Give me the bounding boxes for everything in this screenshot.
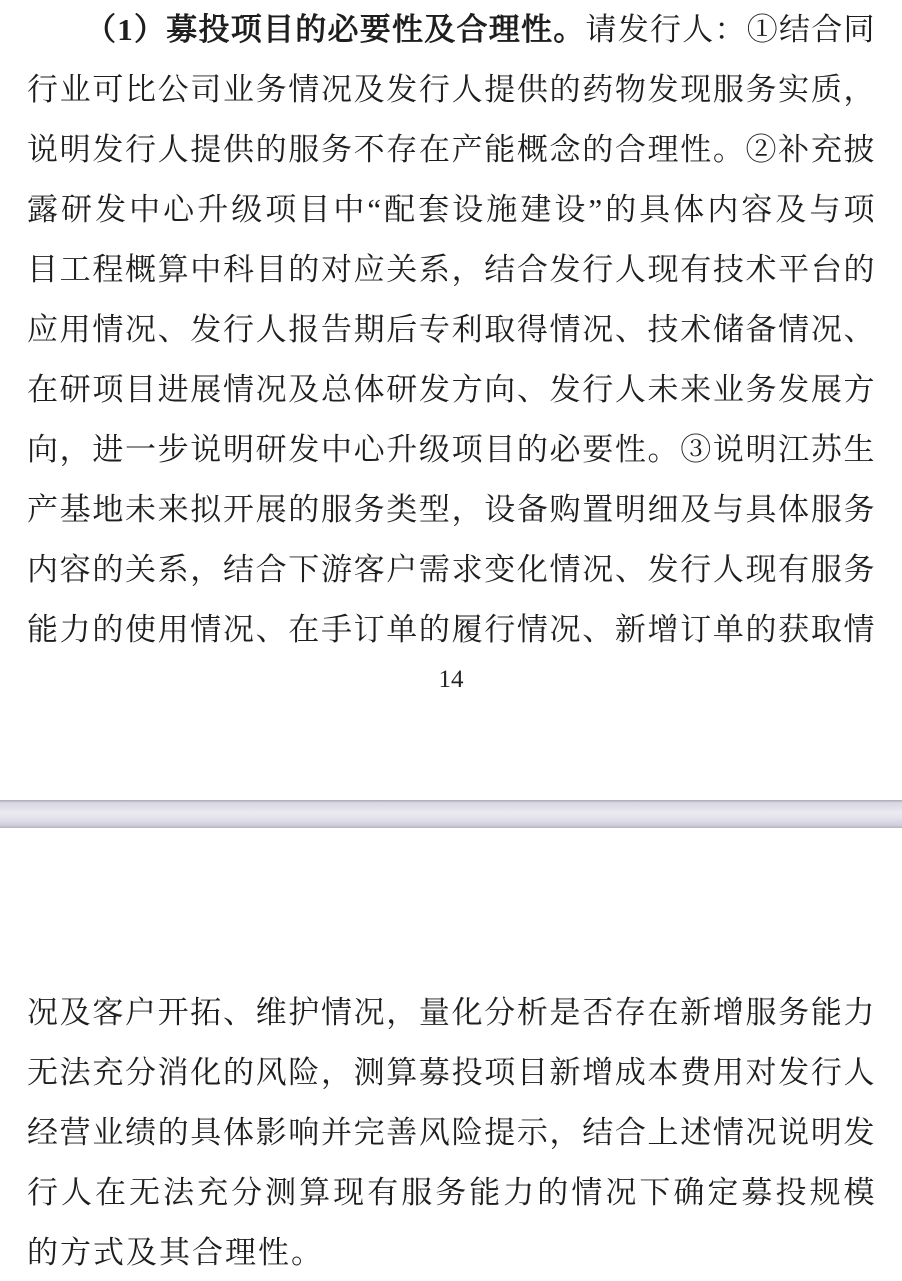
paragraph-line: 的方式及其合理性。 <box>27 1223 875 1281</box>
paragraph-line: 应用情况、发行人报告期后专利取得情况、技术储备情况、 <box>27 300 875 360</box>
paragraph-line: 况及客户开拓、维护情况，量化分析是否存在新增服务能力 <box>27 983 875 1043</box>
page-bottom-margin <box>0 700 902 800</box>
page-number: 14 <box>27 660 875 700</box>
paragraph-line: 在研项目进展情况及总体研发方向、发行人未来业务发展方 <box>27 360 875 420</box>
paragraph-line: 经营业绩的具体影响并完善风险提示，结合上述情况说明发 <box>27 1103 875 1163</box>
paragraph-line: 行人在无法充分测算现有服务能力的情况下确定募投规模 <box>27 1163 875 1223</box>
paragraph-line: 露研发中心升级项目中“配套设施建设”的具体内容及与项 <box>27 180 875 240</box>
paragraph-line: 说明发行人提供的服务不存在产能概念的合理性。②补充披 <box>27 120 875 180</box>
paragraph-line: 无法充分消化的风险，测算募投项目新增成本费用对发行人 <box>27 1043 875 1103</box>
document-page-1: （1）募投项目的必要性及合理性。请发行人：①结合同 行业可比公司业务情况及发行人… <box>0 0 902 700</box>
page-top-margin <box>0 828 902 983</box>
page-gap-separator <box>0 800 902 828</box>
paragraph-line: 能力的使用情况、在手订单的履行情况、新增订单的获取情 <box>27 600 875 660</box>
document-page-2: 况及客户开拓、维护情况，量化分析是否存在新增服务能力 无法充分消化的风险，测算募… <box>0 983 902 1281</box>
document-viewer[interactable]: （1）募投项目的必要性及合理性。请发行人：①结合同 行业可比公司业务情况及发行人… <box>0 0 902 1281</box>
heading-bold-text: （1）募投项目的必要性及合理性。 <box>85 12 586 47</box>
paragraph-line: 内容的关系，结合下游客户需求变化情况、发行人现有服务 <box>27 540 875 600</box>
paragraph-line: 产基地未来拟开展的服务类型，设备购置明细及与具体服务 <box>27 480 875 540</box>
paragraph-line: 行业可比公司业务情况及发行人提供的药物发现服务实质， <box>27 60 875 120</box>
paragraph-line: 目工程概算中科目的对应关系，结合发行人现有技术平台的 <box>27 240 875 300</box>
paragraph-line: 向，进一步说明研发中心升级项目的必要性。③说明江苏生 <box>27 420 875 480</box>
heading-rest-text: 请发行人：①结合同 <box>586 12 876 47</box>
paragraph-line: （1）募投项目的必要性及合理性。请发行人：①结合同 <box>27 0 875 60</box>
